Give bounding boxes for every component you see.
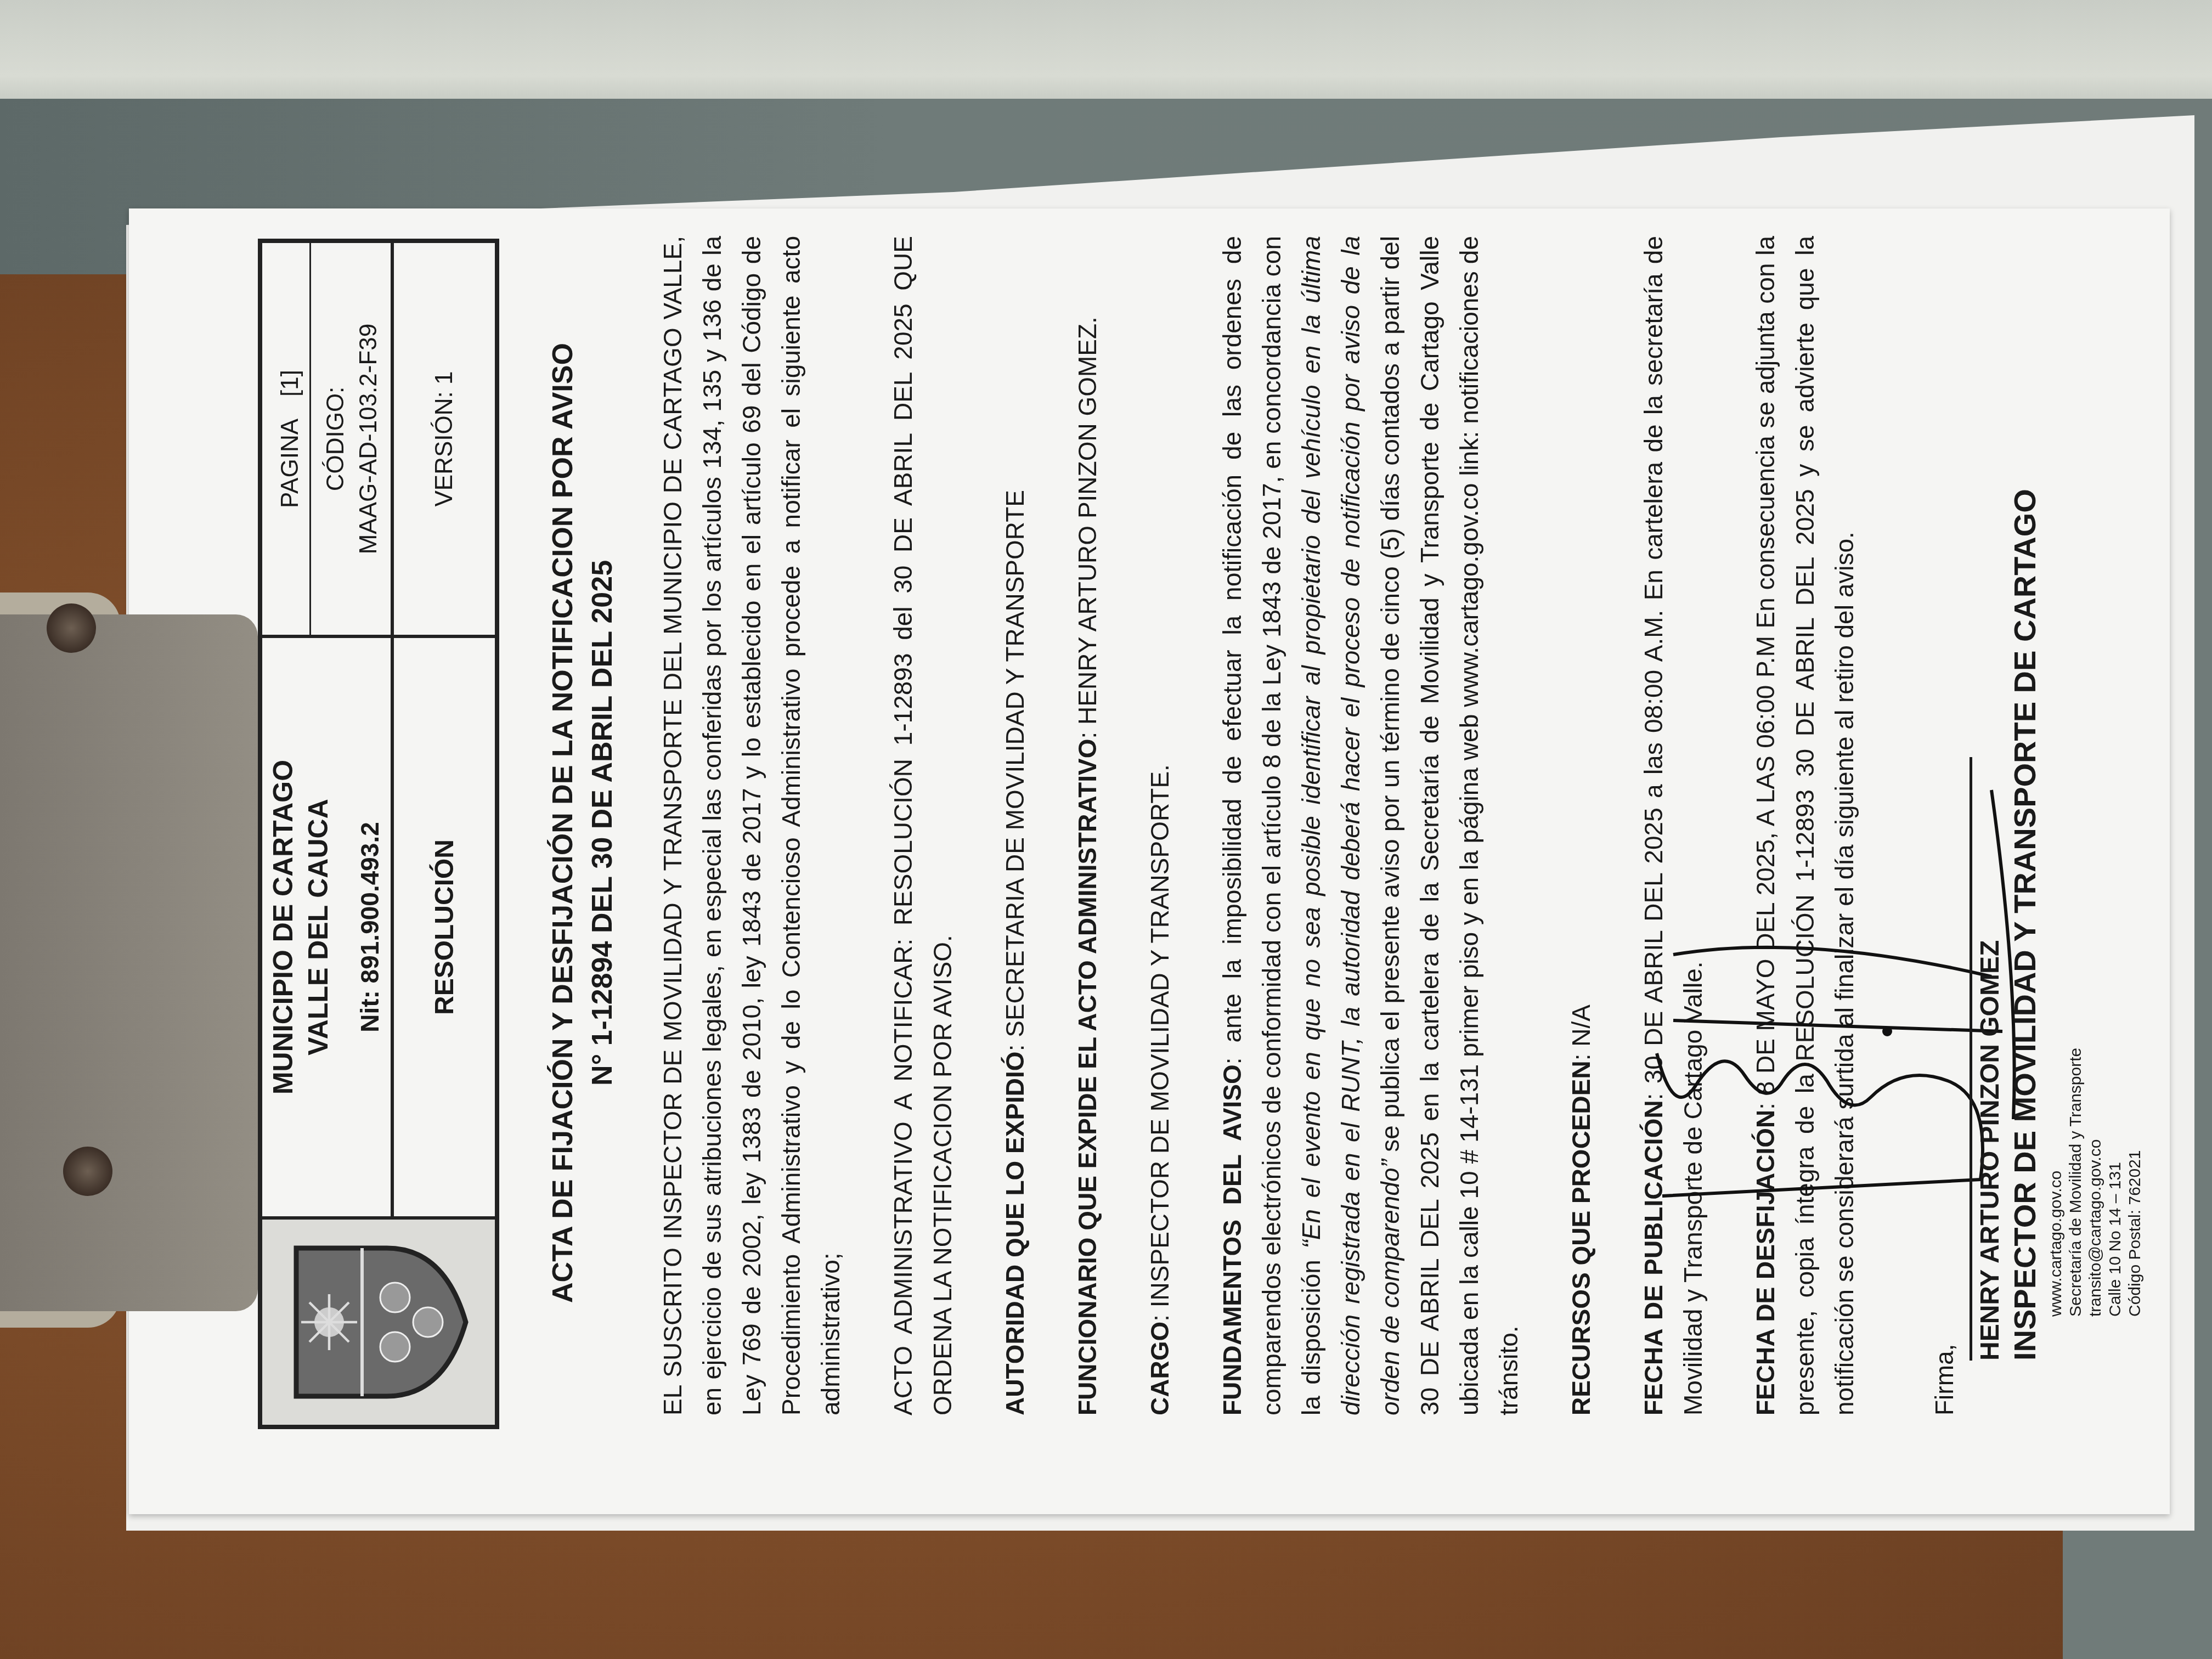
signer-name: HENRY ARTURO PINZON GOMEZ: [1975, 940, 2005, 1361]
document: MUNICIPIO DE CARTAGO VALLE DEL CAUCA Nit…: [236, 187, 2112, 1459]
funcionario-label: FUNCIONARIO QUE EXPIDE EL ACTO ADMINISTR…: [1073, 738, 1102, 1415]
funcionario-paragraph: FUNCIONARIO QUE EXPIDE EL ACTO ADMINISTR…: [1068, 236, 1107, 1415]
municipality-name: MUNICIPIO DE CARTAGO VALLE DEL CAUCA: [266, 713, 336, 1141]
footer-address: Calle 10 No 14 – 131: [2106, 878, 2125, 1317]
recursos-paragraph: RECURSOS QUE PROCEDEN: N/A: [1561, 236, 1601, 1415]
cargo-label: CARGO: [1145, 1322, 1174, 1415]
acto-paragraph: ACTO ADMINISTRATIVO A NOTIFICAR: RESOLUC…: [883, 236, 962, 1415]
fundamentos-paragraph: FUNDAMENTOS DEL AVISO: ante la imposibil…: [1212, 236, 1528, 1415]
recursos-label: RECURSOS QUE PROCEDEN: [1567, 1060, 1595, 1415]
logo-cell: [261, 1218, 496, 1426]
code-label: CÓDIGO:: [322, 387, 349, 492]
title-line-2: N° 1-12894 DEL 30 DE ABRIL DEL 2025: [583, 187, 622, 1459]
cargo-paragraph: CARGO: INSPECTOR DE MOVILIDAD Y TRANSPOR…: [1140, 236, 1180, 1415]
code-value: MAAG-AD-103.2-F39: [355, 324, 382, 555]
intro-paragraph: EL SUSCRITO INSPECTOR DE MOVILIDAD Y TRA…: [653, 236, 850, 1415]
version-cell: VERSIÓN: 1: [392, 241, 496, 636]
recursos-value: : N/A: [1567, 1005, 1595, 1060]
autoridad-value: : SECRETARIA DE MOVILIDAD Y TRANSPORTE: [1001, 490, 1029, 1051]
page-number: [1]: [276, 370, 304, 397]
municipality-cell: MUNICIPIO DE CARTAGO VALLE DEL CAUCA Nit…: [261, 636, 392, 1218]
clipboard-clip: [0, 614, 258, 1311]
rivet-icon: [63, 1147, 112, 1196]
cargo-value: : INSPECTOR DE MOVILIDAD Y TRANSPORTE.: [1145, 764, 1174, 1322]
page-cell: PAGINA [1] CÓDIGO: MAAG-AD-103.2-F39: [261, 241, 392, 636]
coat-of-arms-icon: [285, 1240, 472, 1404]
fundamentos-label: FUNDAMENTOS DEL AVISO: [1218, 1064, 1246, 1415]
doc-type: RESOLUCIÓN: [430, 839, 460, 1015]
autoridad-paragraph: AUTORIDAD QUE LO EXPIDIÓ: SECRETARIA DE …: [995, 236, 1035, 1415]
footer-website: www.cartago.gov.co: [2046, 878, 2066, 1317]
signer-title: INSPECTOR DE MOVILIDAD Y TRANSPORTE DE C…: [2007, 489, 2042, 1361]
doc-type-cell: RESOLUCIÓN: [392, 636, 496, 1218]
title-line-1: ACTA DE FIJACIÓN Y DESFIJACIÓN DE LA NOT…: [543, 187, 583, 1459]
footer-department: Secretaría de Movilidad y Transporte: [2066, 878, 2086, 1317]
handwritten-signature: [1640, 768, 2024, 1262]
rivet-icon: [47, 603, 96, 653]
funcionario-value: : HENRY ARTURO PINZON GOMEZ.: [1073, 317, 1102, 738]
footer-email: transito@cartago.gov.co: [2086, 878, 2106, 1317]
footer-contact: www.cartago.gov.co Secretaría de Movilid…: [2046, 878, 2145, 1317]
page-label: PAGINA: [276, 419, 304, 508]
autoridad-label: AUTORIDAD QUE LO EXPIDIÓ: [1001, 1051, 1029, 1415]
document-title: ACTA DE FIJACIÓN Y DESFIJACIÓN DE LA NOT…: [543, 187, 622, 1459]
signature-line: [1970, 757, 1972, 1361]
footer-postal-code: Código Postal: 762021: [2125, 878, 2145, 1317]
header-table: MUNICIPIO DE CARTAGO VALLE DEL CAUCA Nit…: [258, 239, 499, 1429]
version: VERSIÓN: 1: [431, 371, 458, 507]
nit: Nit: 891.900.493.2: [352, 822, 387, 1032]
